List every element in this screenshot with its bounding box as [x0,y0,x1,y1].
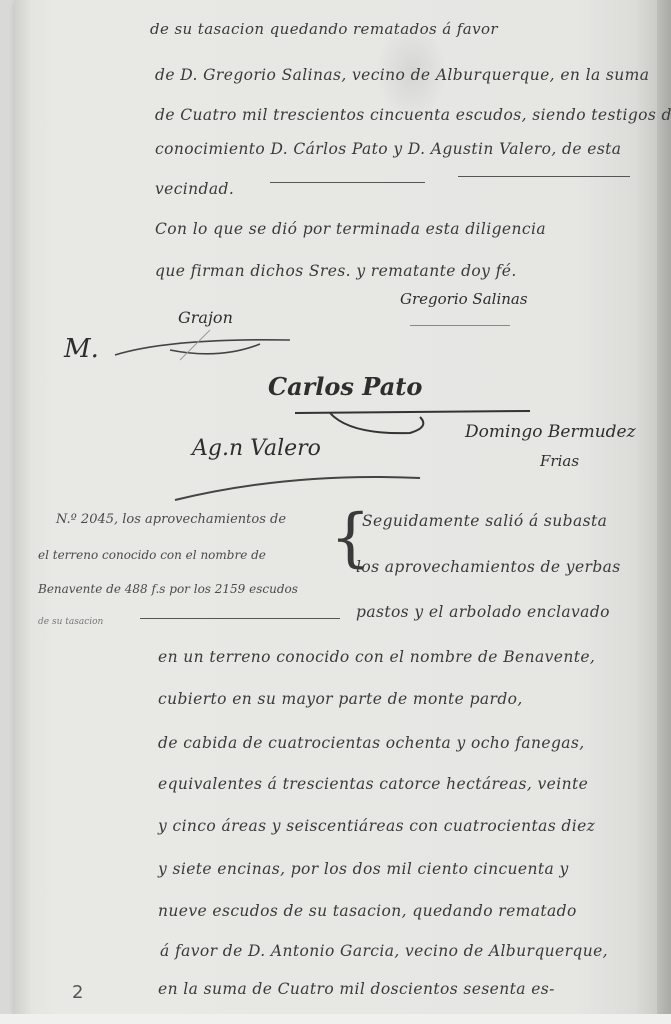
body-line: y siete encinas, por los dos mil ciento … [158,860,569,878]
body-line: y cinco áreas y seiscentiáreas con cuatr… [158,817,595,835]
body-line: pastos y el arbolado enclavado [356,603,610,621]
body-line: en la suma de Cuatro mil doscientos sese… [158,980,555,998]
margin-note-line: el terreno conocido con el nombre de [38,548,266,562]
margin-note-line: Benavente de 488 f.s por los 2159 escudo… [38,582,298,596]
body-line: de su tasacion quedando rematados á favo… [150,20,498,38]
signature-gregorio-salinas: Gregorio Salinas [400,290,528,308]
body-line: que firman dichos Sres. y rematante doy … [155,262,517,280]
signature-flourish [170,460,430,505]
margin-note-line: N.º 2045, los aprovechamientos de [56,512,286,527]
margin-rule [140,618,340,619]
body-line: los aprovechamientos de yerbas [356,558,621,576]
body-line: equivalentes á trescientas catorce hectá… [158,775,588,793]
fill-line [270,182,425,183]
signature-agustin-valero: Ag.n Valero [192,436,321,461]
body-line: conocimiento D. Cárlos Pato y D. Agustin… [155,140,621,158]
body-line: á favor de D. Antonio Garcia, vecino de … [160,942,608,960]
signature-flourish [410,325,510,326]
signature-domingo: Domingo Bermudez [465,422,636,442]
body-line: Seguidamente salió á subasta [362,512,607,530]
body-line: de Cuatro mil trescientos cincuenta escu… [155,106,671,124]
signature-mark: M. [64,334,99,364]
body-line: de D. Gregorio Salinas, vecino de Alburq… [155,66,649,84]
signature-domingo-sub: Frias [540,452,579,470]
scan-border [0,1014,671,1024]
signature-flourish [110,320,310,370]
page-number: 2 [72,982,83,1003]
body-line: de cabida de cuatrocientas ochenta y och… [158,734,585,752]
body-line: vecindad. [155,180,234,198]
margin-note-line: de su tasacion [38,617,103,627]
signature-carlos-pato: Carlos Pato [268,372,422,401]
page-edge-shadow [657,0,671,1024]
body-line: Con lo que se dió por terminada esta dil… [155,220,546,238]
fill-line [458,176,630,177]
body-line: nueve escudos de su tasacion, quedando r… [158,902,577,920]
body-line: cubierto en su mayor parte de monte pard… [158,690,523,708]
body-line: en un terreno conocido con el nombre de … [158,648,595,666]
